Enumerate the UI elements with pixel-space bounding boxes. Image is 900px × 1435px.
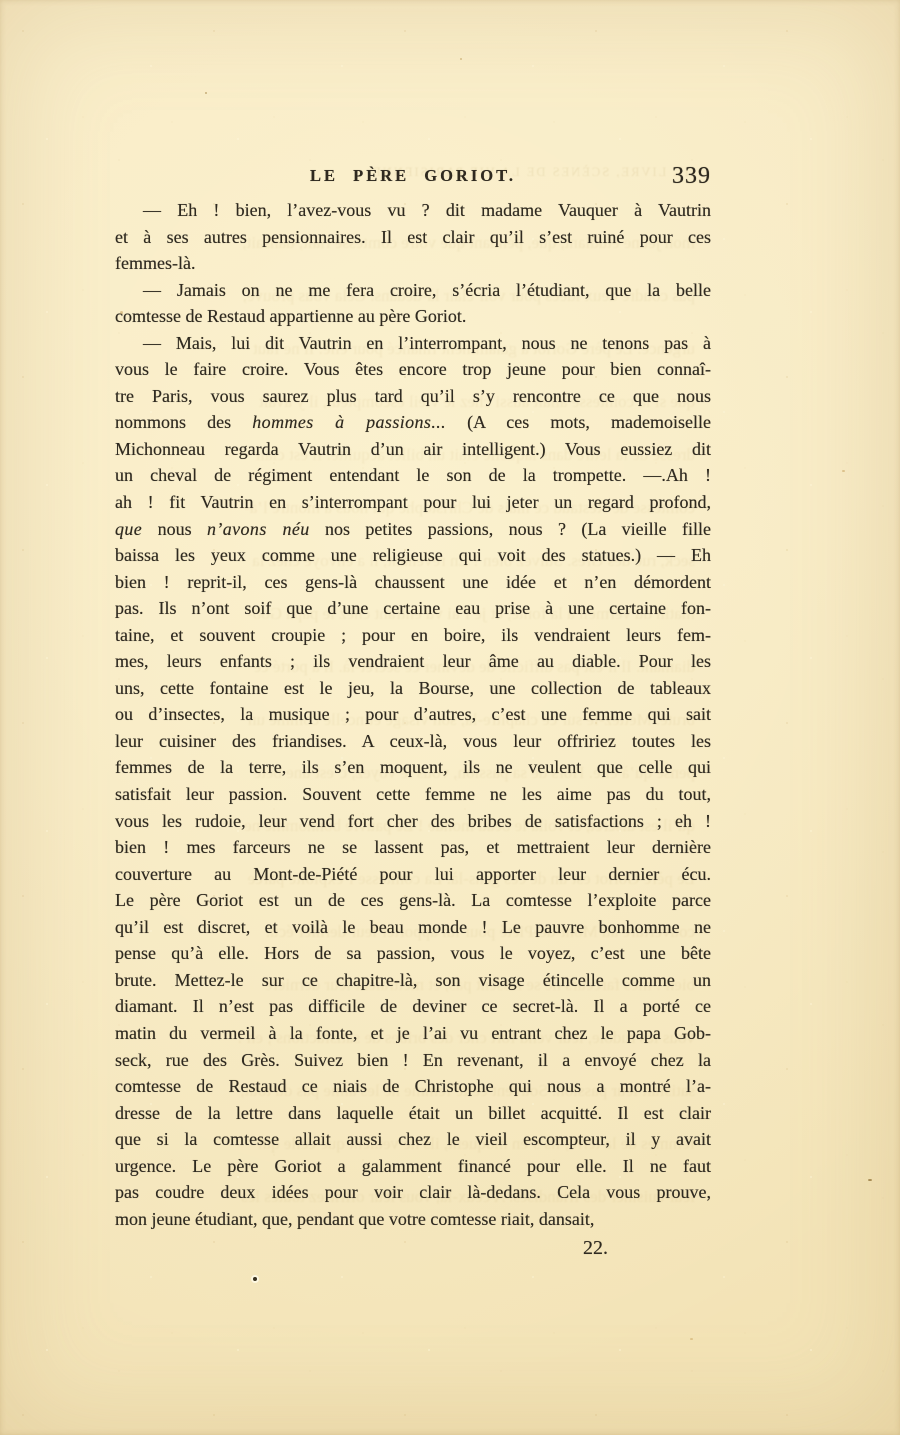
running-title: LE PÈRE GORIOT.	[115, 166, 711, 186]
text-line: pas coudre deux idées pour voir clair là…	[115, 1179, 711, 1206]
paper-speck	[460, 58, 462, 60]
text-line: — Eh ! bien, l’avez-vous vu ? dit madame…	[115, 197, 711, 224]
text-line: — Jamais on ne me fera croire, s’écria l…	[115, 277, 711, 304]
text-line: comtesse de Restaud ce niais de Christop…	[115, 1073, 711, 1100]
text-line: baissa les yeux comme une religieuse qui…	[115, 542, 711, 569]
text-line: bien ! reprit-il, ces gens-là chaussent …	[115, 569, 711, 596]
text-line: nommons des hommes à passions... (A ces …	[115, 409, 711, 436]
paper-speck	[690, 1338, 693, 1340]
text-line: leur cuisiner des friandises. A ceux-là,…	[115, 728, 711, 755]
text-line: Michonneau regarda Vautrin d’un air inte…	[115, 436, 711, 463]
text-line: seck, rue des Grès. Suivez bien ! En rev…	[115, 1047, 711, 1074]
text-line: pense qu’à elle. Hors de sa passion, vou…	[115, 940, 711, 967]
text-line: qu’il est discret, et voilà le beau mond…	[115, 914, 711, 941]
text-line: — Mais, lui dit Vautrin en l’interrompan…	[115, 330, 711, 357]
text-line: un cheval de régiment entendant le son d…	[115, 462, 711, 489]
text-line: couverture au Mont-de-Piété pour lui app…	[115, 861, 711, 888]
signature-mark: 22.	[583, 1237, 608, 1260]
book-page: III. LIVRE, SCÈNES DE LA VIE PARISIENNE.…	[0, 0, 900, 1435]
page-number: 339	[672, 163, 711, 190]
text-line: tre Paris, vous saurez plus tard qu’il s…	[115, 383, 711, 410]
text-line: mes, leurs enfants ; ils vendraient leur…	[115, 648, 711, 675]
text-line: dresse de la lettre dans laquelle était …	[115, 1100, 711, 1127]
text-line: mon jeune étudiant, que, pendant que vot…	[115, 1206, 711, 1233]
text-line: femmes-là.	[115, 250, 711, 277]
text-line: ah ! fit Vautrin en s’interrompant pour …	[115, 489, 711, 516]
text-line: vous les rudoie, leur vend fort cher des…	[115, 808, 711, 835]
text-line: et à ses autres pensionnaires. Il est cl…	[115, 224, 711, 251]
paper-speck	[842, 470, 845, 472]
text-line: que si la comtesse allait aussi chez le …	[115, 1126, 711, 1153]
body-text: — Eh ! bien, l’avez-vous vu ? dit madame…	[115, 197, 711, 1232]
text-line: Le père Goriot est un de ces gens-là. La…	[115, 887, 711, 914]
text-line: pas. Ils n’ont soif que d’une certaine e…	[115, 595, 711, 622]
text-line: brute. Mettez-le sur ce chapitre-là, son…	[115, 967, 711, 994]
text-line: uns, cette fontaine est le jeu, la Bours…	[115, 675, 711, 702]
text-line: comtesse de Restaud appartienne au père …	[115, 303, 711, 330]
text-line: bien ! mes farceurs ne se lassent pas, e…	[115, 834, 711, 861]
text-line: que nous n’avons néu nos petites passion…	[115, 516, 711, 543]
text-line: satisfait leur passion. Souvent cette fe…	[115, 781, 711, 808]
text-line: ou d’insectes, la musique ; pour d’autre…	[115, 701, 711, 728]
text-line: diamant. Il n’est pas difficile de devin…	[115, 993, 711, 1020]
text-line: femmes de la terre, ils s’en moquent, il…	[115, 754, 711, 781]
text-line: matin du vermeil à la fonte, et je l’ai …	[115, 1020, 711, 1047]
text-line: taine, et souvent croupie ; pour en boir…	[115, 622, 711, 649]
text-line: vous le faire croire. Vous êtes encore t…	[115, 356, 711, 383]
paper-speck	[205, 92, 207, 94]
ink-dot	[253, 1277, 257, 1281]
paper-speck	[868, 1179, 872, 1181]
text-line: urgence. Le père Goriot a galamment fina…	[115, 1153, 711, 1180]
page-header: LE PÈRE GORIOT. 339	[115, 158, 711, 190]
